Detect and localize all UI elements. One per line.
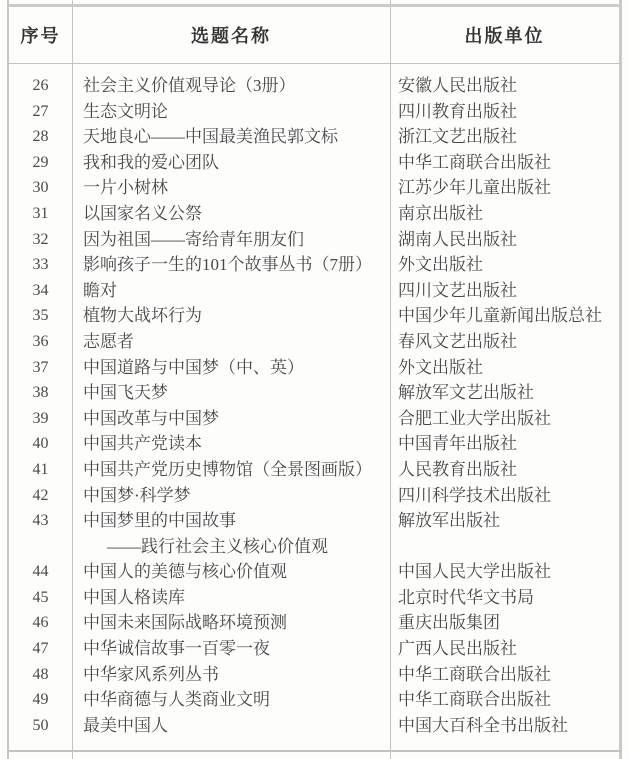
table-row: 34 瞻对 四川文艺出版社 (9, 278, 619, 304)
row-number: 29 (9, 150, 72, 176)
row-title: 天地良心——中国最美渔民郭文标 (72, 124, 390, 150)
document-page: 序号 选题名称 出版单位 26 社会主义价值观导论（3册） 安徽人民出版社 27… (0, 0, 629, 759)
table-row: 33 影响孩子一生的101个故事丛书（7册） 外文出版社 (9, 252, 619, 278)
row-title: 中国改革与中国梦 (72, 406, 390, 432)
row-title: 志愿者 (72, 329, 390, 355)
table-row: 42 中国梦·科学梦 四川科学技术出版社 (9, 483, 619, 509)
row-title: 社会主义价值观导论（3册） (72, 73, 390, 99)
row-number: 28 (9, 124, 72, 150)
row-title-continuation: ——践行社会主义核心价值观 (83, 534, 390, 560)
row-number: 26 (9, 73, 72, 99)
row-title: 中国未来国际战略环境预测 (72, 610, 390, 636)
row-number: 31 (9, 201, 72, 227)
column-header-topic-name: 选题名称 (72, 7, 390, 63)
row-publisher: 浙江文艺出版社 (390, 124, 619, 150)
row-title: 一片小树林 (72, 175, 390, 201)
row-title: 中国人的美德与核心价值观 (72, 559, 390, 585)
row-title: 中国共产党历史博物馆（全景图画版） (72, 457, 390, 483)
row-publisher: 中华工商联合出版社 (390, 687, 619, 713)
row-number: 27 (9, 99, 72, 125)
table-row: 43 中国梦里的中国故事——践行社会主义核心价值观 解放军出版社 (9, 508, 619, 559)
row-publisher: 合肥工业大学出版社 (390, 406, 619, 432)
table-row: 30 一片小树林 江苏少年儿童出版社 (9, 175, 619, 201)
table-row: 36 志愿者 春风文艺出版社 (9, 329, 619, 355)
row-number: 50 (9, 713, 72, 739)
row-title: 因为祖国——寄给青年朋友们 (72, 227, 390, 253)
row-publisher: 安徽人民出版社 (390, 73, 619, 99)
table-border-bottom (7, 750, 622, 752)
row-publisher: 中华工商联合出版社 (390, 662, 619, 688)
table-row: 29 我和我的爱心团队 中华工商联合出版社 (9, 150, 619, 176)
table-row: 40 中国共产党读本 中国青年出版社 (9, 431, 619, 457)
table-row: 28 天地良心——中国最美渔民郭文标 浙江文艺出版社 (9, 124, 619, 150)
row-title: 中国飞天梦 (72, 380, 390, 406)
row-publisher: 解放军文艺出版社 (390, 380, 619, 406)
table-row: 35 植物大战坏行为 中国少年儿童新闻出版总社 (9, 303, 619, 329)
table-row: 48 中华家风系列丛书 中华工商联合出版社 (9, 662, 619, 688)
table-row: 46 中国未来国际战略环境预测 重庆出版集团 (9, 610, 619, 636)
row-number: 33 (9, 252, 72, 278)
row-number: 34 (9, 278, 72, 304)
row-number: 32 (9, 227, 72, 253)
row-number: 37 (9, 355, 72, 381)
row-title: 中国梦·科学梦 (72, 483, 390, 509)
row-number: 38 (9, 380, 72, 406)
table-row: 37 中国道路与中国梦（中、英） 外文出版社 (9, 355, 619, 381)
row-publisher: 外文出版社 (390, 252, 619, 278)
row-publisher: 广西人民出版社 (390, 636, 619, 662)
row-number: 49 (9, 687, 72, 713)
row-title: 影响孩子一生的101个故事丛书（7册） (72, 252, 390, 278)
row-title: 中华诚信故事一百零一夜 (72, 636, 390, 662)
row-publisher: 解放军出版社 (390, 508, 619, 559)
table-row: 26 社会主义价值观导论（3册） 安徽人民出版社 (9, 64, 619, 99)
table-row: 38 中国飞天梦 解放军文艺出版社 (9, 380, 619, 406)
row-number: 44 (9, 559, 72, 585)
row-publisher: 中华工商联合出版社 (390, 150, 619, 176)
row-publisher: 湖南人民出版社 (390, 227, 619, 253)
row-number: 40 (9, 431, 72, 457)
row-title: 中国梦里的中国故事——践行社会主义核心价值观 (72, 508, 390, 559)
column-header-serial-number: 序号 (9, 7, 72, 63)
row-title: 中国共产党读本 (72, 431, 390, 457)
row-title: 最美中国人 (72, 713, 390, 739)
row-title: 以国家名义公祭 (72, 201, 390, 227)
row-publisher: 四川教育出版社 (390, 99, 619, 125)
column-header-publisher: 出版单位 (390, 7, 619, 63)
row-title: 中华商德与人类商业文明 (72, 687, 390, 713)
table-row: 31 以国家名义公祭 南京出版社 (9, 201, 619, 227)
row-publisher: 人民教育出版社 (390, 457, 619, 483)
row-publisher: 中国少年儿童新闻出版总社 (390, 303, 619, 329)
row-title: 我和我的爱心团队 (72, 150, 390, 176)
table-body: 26 社会主义价值观导论（3册） 安徽人民出版社 27 生态文明论 四川教育出版… (9, 64, 619, 738)
row-title: 中国人格读库 (72, 585, 390, 611)
row-number: 46 (9, 610, 72, 636)
row-publisher: 四川科学技术出版社 (390, 483, 619, 509)
row-publisher: 外文出版社 (390, 355, 619, 381)
row-number: 47 (9, 636, 72, 662)
row-number: 35 (9, 303, 72, 329)
table-row: 45 中国人格读库 北京时代华文书局 (9, 585, 619, 611)
row-publisher: 中国大百科全书出版社 (390, 713, 619, 739)
row-title: 生态文明论 (72, 99, 390, 125)
row-title: 植物大战坏行为 (72, 303, 390, 329)
row-number: 48 (9, 662, 72, 688)
row-title: 中国道路与中国梦（中、英） (72, 355, 390, 381)
row-publisher: 春风文艺出版社 (390, 329, 619, 355)
table-row: 44 中国人的美德与核心价值观 中国人民大学出版社 (9, 559, 619, 585)
row-publisher: 中国青年出版社 (390, 431, 619, 457)
table-border-right (619, 0, 622, 759)
row-publisher: 南京出版社 (390, 201, 619, 227)
table-row: 47 中华诚信故事一百零一夜 广西人民出版社 (9, 636, 619, 662)
table-row: 41 中国共产党历史博物馆（全景图画版） 人民教育出版社 (9, 457, 619, 483)
row-publisher: 四川文艺出版社 (390, 278, 619, 304)
table-row: 32 因为祖国——寄给青年朋友们 湖南人民出版社 (9, 227, 619, 253)
row-publisher: 北京时代华文书局 (390, 585, 619, 611)
row-publisher: 重庆出版集团 (390, 610, 619, 636)
table-row: 27 生态文明论 四川教育出版社 (9, 99, 619, 125)
row-number: 30 (9, 175, 72, 201)
row-title: 中华家风系列丛书 (72, 662, 390, 688)
row-publisher: 江苏少年儿童出版社 (390, 175, 619, 201)
table-row: 39 中国改革与中国梦 合肥工业大学出版社 (9, 406, 619, 432)
table-header-row: 序号 选题名称 出版单位 (9, 7, 619, 63)
row-number: 43 (9, 508, 72, 559)
table-row: 50 最美中国人 中国大百科全书出版社 (9, 713, 619, 739)
row-number: 41 (9, 457, 72, 483)
table-row: 49 中华商德与人类商业文明 中华工商联合出版社 (9, 687, 619, 713)
row-title: 瞻对 (72, 278, 390, 304)
row-number: 42 (9, 483, 72, 509)
row-publisher: 中国人民大学出版社 (390, 559, 619, 585)
row-number: 36 (9, 329, 72, 355)
row-number: 39 (9, 406, 72, 432)
row-number: 45 (9, 585, 72, 611)
